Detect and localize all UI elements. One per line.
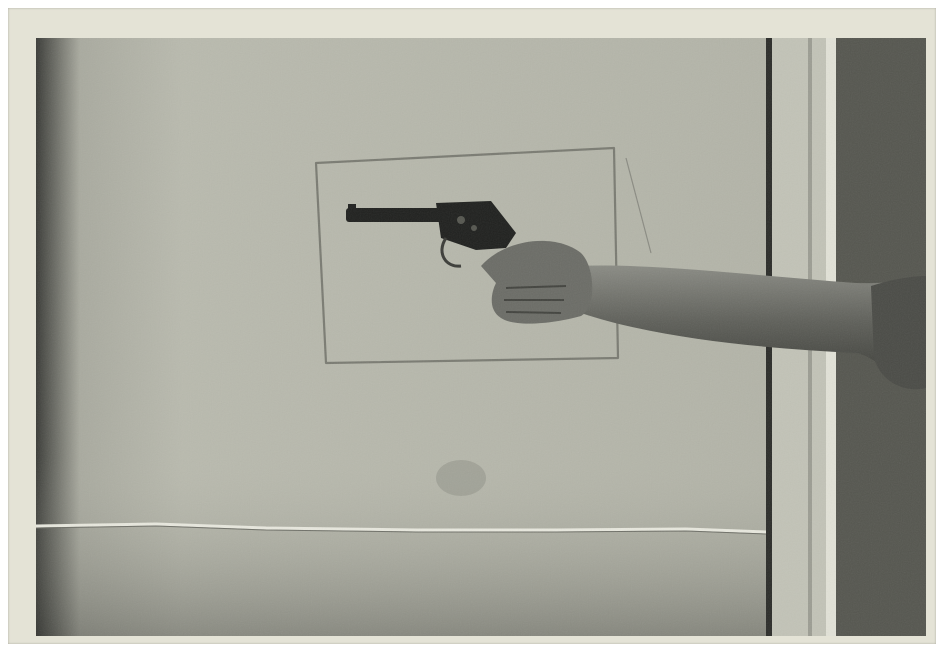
photograph bbox=[36, 38, 926, 636]
photo-print-border bbox=[8, 8, 936, 644]
photo-scene bbox=[36, 38, 926, 636]
